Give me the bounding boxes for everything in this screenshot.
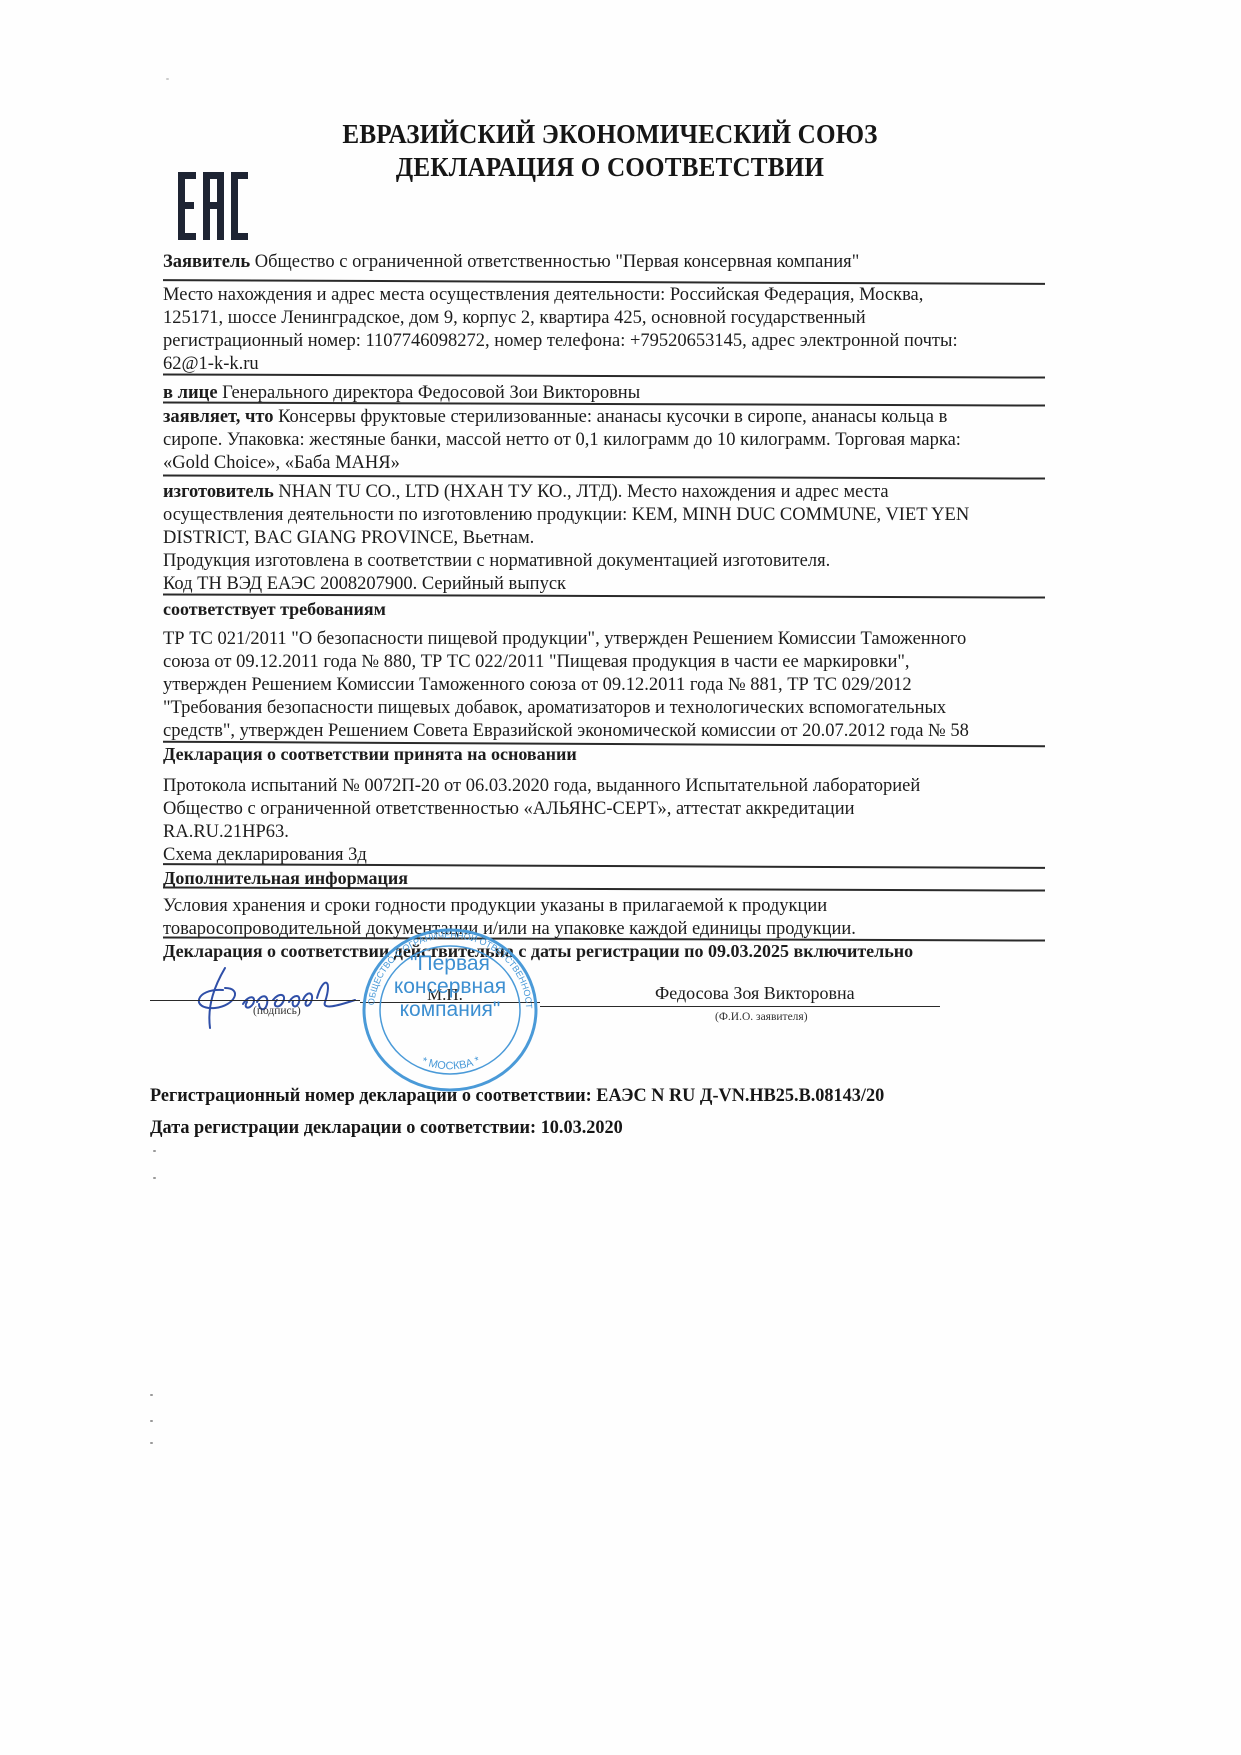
scan-artifact [150,1420,153,1422]
registration-number-row: Регистрационный номер декларации о соотв… [150,1085,884,1107]
requirements-section: соответствует требованиям [163,598,1043,621]
stamp-line-1: "Первая [358,953,542,975]
eac-mark-icon [178,172,248,240]
signature-line [150,1000,360,1001]
stamp-line-3: компания" [358,999,542,1021]
applicant-value: Общество с ограниченной ответственностью… [255,252,859,272]
manufacturer-name: NHAN TU CO., LTD (НХАН ТУ КО., ЛТД). Мес… [278,482,888,502]
requirements-list: ТР ТС 021/2011 "О безопасности пищевой п… [163,628,1043,743]
address-line: 125171, шоссе Ленинградское, дом 9, корп… [163,307,1043,330]
registration-date-row: Дата регистрации декларации о соответств… [150,1117,623,1139]
manufacturer-address: осуществления деятельности по изготовлен… [163,504,1043,527]
declares-label: заявляет, что [163,407,274,427]
representative-label: в лице [163,383,218,403]
scan-artifact [150,1442,153,1444]
requirements-heading: соответствует требованиям [163,598,1043,621]
requirement-line: средств", утвержден Решением Совета Евра… [163,720,1043,743]
registration-date-value: 10.03.2020 [541,1117,623,1138]
stamp-ring-bottom: * МОСКВА * [420,1054,482,1072]
requirement-line: ТР ТС 021/2011 "О безопасности пищевой п… [163,628,1043,651]
scan-artifact [166,78,169,80]
applicant-section: Заявитель Общество с ограниченной ответс… [163,251,1043,274]
product-description: Консервы фруктовые стерилизованные: анан… [278,407,947,427]
address-section: Место нахождения и адрес места осуществл… [163,284,1043,376]
product-trademarks: «Gold Choice», «Баба МАНЯ» [163,452,1043,475]
address-line: Место нахождения и адрес места осуществл… [163,284,1043,307]
requirement-line: союза от 09.12.2011 года № 880, ТР ТС 02… [163,651,1043,674]
requirement-line: "Требования безопасности пищевых добавок… [163,697,1043,720]
scan-artifact [153,1177,156,1179]
manufacturer-label: изготовитель [163,482,274,502]
address-email: 62@1-k-k.ru [163,353,1043,376]
svg-text:* МОСКВА *: * МОСКВА * [420,1054,482,1072]
requirement-line: утвержден Решением Комиссии Таможенного … [163,674,1043,697]
declaration-page: ЕВРАЗИЙСКИЙ ЭКОНОМИЧЕСКИЙ СОЮЗ ДЕКЛАРАЦИ… [0,0,1241,1755]
basis-section: Декларация о соответствии принята на осн… [163,743,1043,766]
address-line: регистрационный номер: 1107746098272, но… [163,330,1043,353]
manufacturer-section: изготовитель NHAN TU CO., LTD (НХАН ТУ К… [163,481,1043,596]
basis-line: Протокола испытаний № 0072П-20 от 06.03.… [163,775,1043,798]
manufacturer-address: DISTRICT, BAC GIANG PROVINCE, Вьетнам. [163,527,1043,550]
basis-line: Общество с ограниченной ответственностью… [163,798,1043,821]
basis-heading: Декларация о соответствии принята на осн… [163,743,1043,766]
company-stamp: ОБЩЕСТВО С ОГРАНИЧЕННОЙ ОТВЕТСТВЕННОСТЬЮ… [358,925,542,1095]
manufacturer-note: Продукция изготовлена в соответствии с н… [163,550,1043,573]
basis-line: RA.RU.21HP63. [163,821,1043,844]
applicant-label: Заявитель [163,252,250,272]
title-line-declaration: ДЕКЛАРАЦИЯ О СООТВЕТСТВИИ [322,151,899,184]
name-caption: (Ф.И.О. заявителя) [715,1011,808,1023]
basis-list: Протокола испытаний № 0072П-20 от 06.03.… [163,775,1043,867]
declares-section: заявляет, что Консервы фруктовые стерили… [163,406,1043,475]
applicant-full-name: Федосова Зоя Викторовна [655,983,855,1004]
scan-artifact [150,1394,153,1396]
signature-caption: (подпись) [253,1005,301,1017]
divider [163,474,1045,479]
additional-line: Условия хранения и сроки годности продук… [163,895,1043,918]
registration-number-label: Регистрационный номер декларации о соотв… [150,1085,592,1106]
representative-value: Генерального директора Федосовой Зои Вик… [222,383,640,403]
stamp-line-2: консервная [358,976,542,998]
registration-number-value: ЕАЭС N RU Д-VN.НВ25.В.08143/20 [596,1085,884,1106]
handwritten-signature [185,960,360,1035]
name-line [540,1006,940,1007]
title-line-union: ЕВРАЗИЙСКИЙ ЭКОНОМИЧЕСКИЙ СОЮЗ [322,118,899,151]
document-title: ЕВРАЗИЙСКИЙ ЭКОНОМИЧЕСКИЙ СОЮЗ ДЕКЛАРАЦИ… [322,118,899,184]
hs-code: Код ТН ВЭД ЕАЭС 2008207900. Серийный вып… [163,573,1043,596]
registration-date-label: Дата регистрации декларации о соответств… [150,1117,536,1138]
additional-text: Условия хранения и сроки годности продук… [163,895,1043,941]
scan-artifact [153,1150,156,1152]
product-packaging: сиропе. Упаковка: жестяные банки, массой… [163,429,1043,452]
